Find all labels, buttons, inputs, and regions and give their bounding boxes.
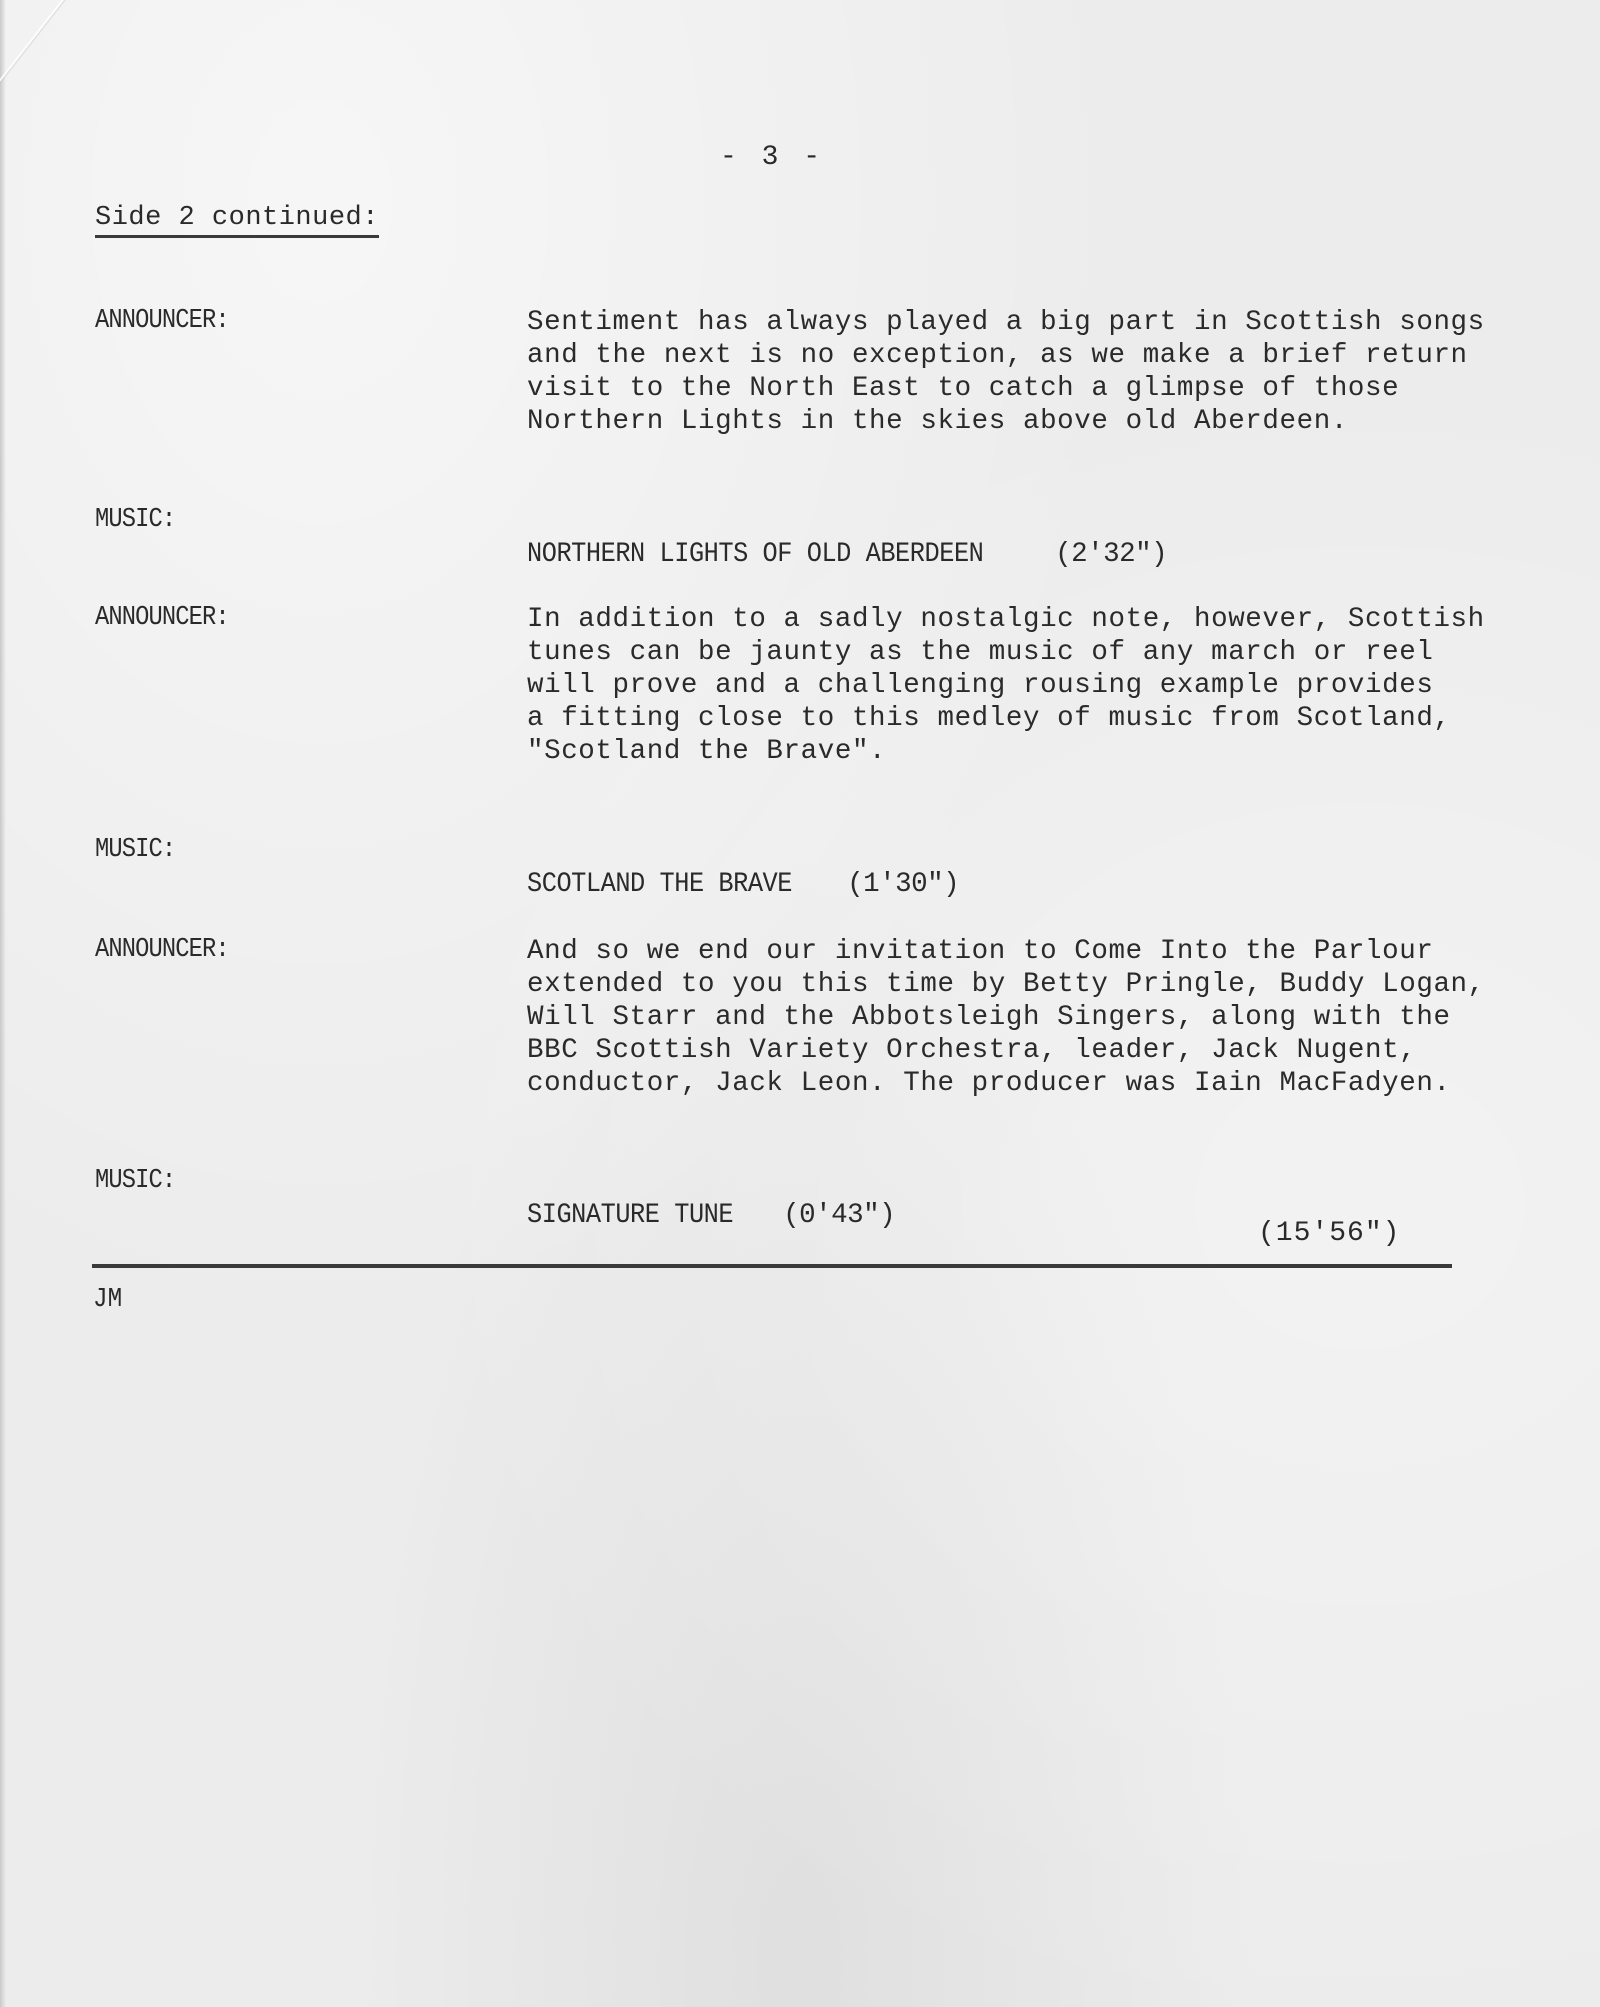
speaker-label: MUSIC: — [95, 1166, 175, 1196]
page-number: - 3 - — [720, 142, 824, 173]
typist-initials: JM — [93, 1285, 122, 1315]
announcer-speech: And so we end our invitation to Come Int… — [527, 935, 1527, 1100]
music-title: NORTHERN LIGHTS OF OLD ABERDEEN — [527, 538, 983, 571]
speaker-label: ANNOUNCER: — [95, 603, 229, 633]
speaker-label: MUSIC: — [95, 505, 175, 535]
scan-edge-shadow — [0, 0, 6, 2007]
section-heading: Side 2 continued: — [95, 203, 379, 238]
music-duration: (2'32") — [1055, 539, 1167, 570]
speaker-label: MUSIC: — [95, 835, 175, 865]
end-rule-divider — [92, 1264, 1452, 1268]
speaker-label: ANNOUNCER: — [95, 935, 229, 965]
announcer-speech: In addition to a sadly nostalgic note, h… — [527, 603, 1527, 768]
speaker-label: ANNOUNCER: — [95, 306, 229, 336]
music-title: SCOTLAND THE BRAVE — [527, 868, 792, 901]
total-duration: (15'56") — [1258, 1218, 1400, 1249]
music-duration: (1'30") — [847, 869, 959, 900]
music-cue: NORTHERN LIGHTS OF OLD ABERDEEN (2'32") — [527, 505, 1527, 571]
music-duration: (0'43") — [783, 1200, 895, 1231]
announcer-speech: Sentiment has always played a big part i… — [527, 306, 1527, 438]
music-cue: SCOTLAND THE BRAVE (1'30") — [527, 835, 1527, 901]
music-title: SIGNATURE TUNE — [527, 1199, 733, 1232]
